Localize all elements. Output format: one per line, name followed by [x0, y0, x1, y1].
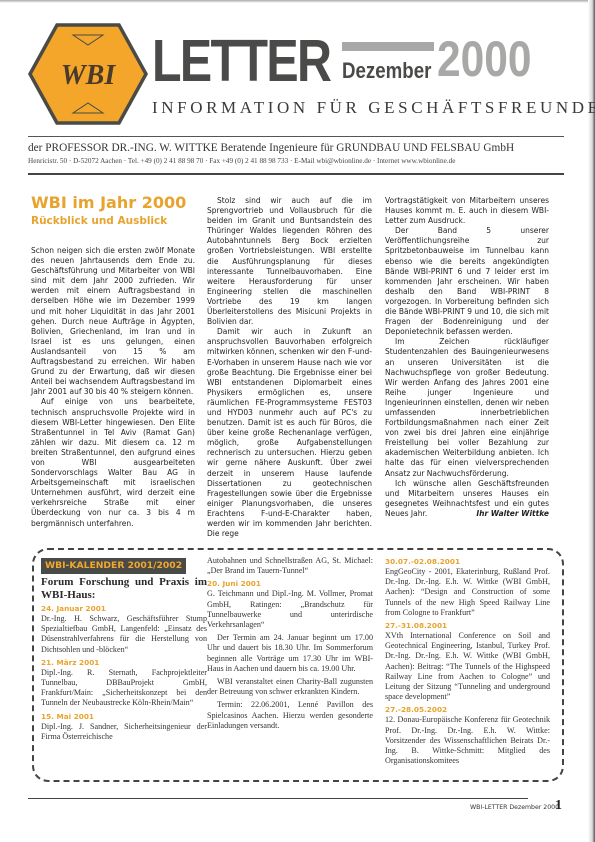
calendar-badge: WBI-KALENDER 2001/2002: [41, 558, 186, 574]
event-date: 21. März 2001: [41, 658, 207, 668]
event-text-continued: Autobahnen und Schnellstraßen AG, St. Mi…: [207, 556, 373, 576]
paragraph: Schon neigen sich die ersten zwölf Monat…: [31, 246, 195, 397]
company-name: der PROFESSOR DR.-ING. W. WITTKE Beraten…: [28, 142, 514, 154]
scan-edge-right: [588, 0, 595, 842]
event-text: EngGeoCity - 2001, Ekaterinburg, Rußland…: [385, 567, 550, 618]
calendar-column-3: 30.07.-02.08.2001 EngGeoCity - 2001, Eka…: [385, 554, 550, 766]
calendar-heading: Forum Forschung und Praxis im WBI-Haus:: [41, 576, 207, 601]
issue-year: 2000: [437, 34, 532, 84]
event-date: 24. Januar 2001: [41, 604, 207, 614]
signature: Ihr Walter Wittke: [466, 509, 549, 519]
newsletter-title: LETTER: [152, 32, 330, 91]
event-text: 12. Donau-Europäische Konferenz für Geot…: [385, 715, 550, 766]
event-date: 30.07.-02.08.2001: [385, 557, 550, 567]
company-address: Henricistr. 50 · D-52072 Aachen · Tel. +…: [28, 157, 455, 165]
event-text: Dipl.-Ing. R. Sternath, Fachprojektleite…: [41, 668, 207, 709]
article-subtitle: Rückblick und Ausblick: [31, 215, 167, 227]
footer-label: WBI-LETTER Dezember 2000: [470, 804, 559, 811]
scan-edge-top: [0, 0, 595, 3]
calendar-note: WBI veranstaltet einen Charity-Ball zugu…: [207, 677, 373, 697]
event-text: Dr.-Ing. H. Schwarz, Geschäftsführer Stu…: [41, 614, 207, 655]
page-number: 1: [555, 798, 562, 814]
article-column-3: Vortragstätigkeit von Mitarbeitern unser…: [385, 196, 549, 519]
article-column-1: Schon neigen sich die ersten zwölf Monat…: [31, 246, 195, 529]
footer-divider: [28, 798, 528, 799]
header-divider: [28, 136, 564, 137]
paragraph: Auf einige von uns bearbeitete, technisc…: [31, 397, 195, 528]
event-text: G. Teichmann und Dipl.-Ing. M. Vollmer, …: [207, 589, 373, 630]
paragraph: Ich wünsche allen Geschäftsfreunden und …: [385, 479, 549, 519]
event-text: Dipl.-Ing. J. Sandner, Sicherheitsingeni…: [41, 722, 207, 742]
title-decor-bar: [342, 42, 434, 51]
svg-text:WBI: WBI: [61, 60, 117, 91]
header-divider-bottom: [28, 173, 564, 175]
event-date: 27.-31.08.2001: [385, 621, 550, 631]
event-date: 27.-28.05.2002: [385, 705, 550, 715]
article-column-2: Stolz sind wir auch auf die im Sprengvor…: [207, 196, 372, 539]
calendar-note: Der Termin am 24. Januar beginnt um 17.0…: [207, 633, 373, 674]
newsletter-subtitle: INFORMATION FÜR GESCHÄFTSFREUNDE: [152, 98, 595, 118]
paragraph: Im Zeichen rückläufiger Studentenzahlen …: [385, 337, 549, 478]
event-date: 15. Mai 2001: [41, 712, 207, 722]
paragraph: Stolz sind wir auch auf die im Sprengvor…: [207, 196, 372, 327]
calendar-column-2: Autobahnen und Schnellstraßen AG, St. Mi…: [207, 556, 373, 731]
wbi-logo: WBI: [27, 22, 149, 126]
paragraph: Damit wir auch in Zukunft an anspruchsvo…: [207, 327, 372, 539]
issue-month: Dezember: [342, 60, 431, 82]
article-title: WBI im Jahr 2000: [31, 193, 186, 212]
hexagon-logo-icon: WBI: [27, 22, 149, 126]
calendar-note: Termin: 22.06.2001, Lenné Pavillon des S…: [207, 700, 373, 731]
calendar-column-1: WBI-KALENDER 2001/2002 Forum Forschung u…: [41, 558, 207, 742]
event-text: XVth International Conference on Soil an…: [385, 631, 550, 702]
paragraph: Vortragstätigkeit von Mitarbeitern unser…: [385, 196, 549, 226]
event-date: 20. Juni 2001: [207, 579, 373, 589]
paragraph: Der Band 5 unserer Veröffentlichungsreih…: [385, 226, 549, 337]
